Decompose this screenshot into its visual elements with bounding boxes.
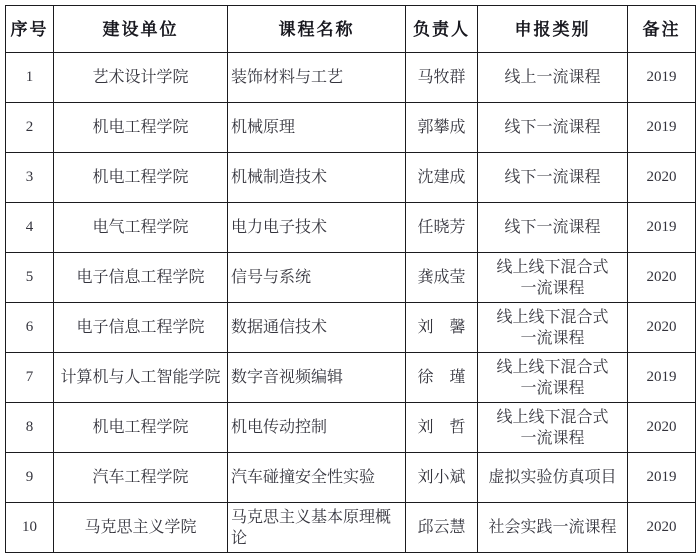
cell-serial: 5 <box>6 253 54 303</box>
cell-unit: 电气工程学院 <box>54 203 228 253</box>
header-course: 课程名称 <box>228 6 406 53</box>
cell-leader: 刘小斌 <box>406 453 478 503</box>
cell-leader: 龚成莹 <box>406 253 478 303</box>
table-row: 8 机电工程学院 机电传动控制 刘 哲 线上线下混合式 一流课程 2020 <box>6 403 696 453</box>
cell-remark: 2020 <box>628 153 696 203</box>
cell-remark: 2019 <box>628 203 696 253</box>
cell-remark: 2020 <box>628 303 696 353</box>
cell-serial: 6 <box>6 303 54 353</box>
cell-category: 线上线下混合式 一流课程 <box>478 403 628 453</box>
cell-serial: 3 <box>6 153 54 203</box>
table-body: 1 艺术设计学院 装饰材料与工艺 马牧群 线上一流课程 2019 2 机电工程学… <box>6 53 696 553</box>
header-remark: 备注 <box>628 6 696 53</box>
document-page: 序号 建设单位 课程名称 负责人 申报类别 备注 1 艺术设计学院 装饰材料与工… <box>0 0 700 558</box>
cell-unit: 机电工程学院 <box>54 103 228 153</box>
cell-leader: 沈建成 <box>406 153 478 203</box>
cell-unit: 艺术设计学院 <box>54 53 228 103</box>
cell-remark: 2019 <box>628 53 696 103</box>
cell-remark: 2019 <box>628 453 696 503</box>
cell-serial: 4 <box>6 203 54 253</box>
header-leader: 负责人 <box>406 6 478 53</box>
table-row: 6 电子信息工程学院 数据通信技术 刘 馨 线上线下混合式 一流课程 2020 <box>6 303 696 353</box>
cell-serial: 9 <box>6 453 54 503</box>
cell-serial: 7 <box>6 353 54 403</box>
cell-category: 线上线下混合式 一流课程 <box>478 353 628 403</box>
cell-category: 线下一流课程 <box>478 103 628 153</box>
cell-remark: 2020 <box>628 503 696 553</box>
cell-course: 数据通信技术 <box>228 303 406 353</box>
header-serial: 序号 <box>6 6 54 53</box>
cell-course: 电力电子技术 <box>228 203 406 253</box>
cell-unit: 计算机与人工智能学院 <box>54 353 228 403</box>
table-row: 5 电子信息工程学院 信号与系统 龚成莹 线上线下混合式 一流课程 2020 <box>6 253 696 303</box>
table-row: 10 马克思主义学院 马克思主义基本原理概论 邱云慧 社会实践一流课程 2020 <box>6 503 696 553</box>
table-row: 7 计算机与人工智能学院 数字音视频编辑 徐 瑾 线上线下混合式 一流课程 20… <box>6 353 696 403</box>
cell-leader: 邱云慧 <box>406 503 478 553</box>
cell-category: 社会实践一流课程 <box>478 503 628 553</box>
cell-course: 汽车碰撞安全性实验 <box>228 453 406 503</box>
cell-unit: 机电工程学院 <box>54 153 228 203</box>
cell-course: 机械制造技术 <box>228 153 406 203</box>
cell-serial: 8 <box>6 403 54 453</box>
cell-serial: 10 <box>6 503 54 553</box>
course-list-table: 序号 建设单位 课程名称 负责人 申报类别 备注 1 艺术设计学院 装饰材料与工… <box>5 5 696 553</box>
table-row: 1 艺术设计学院 装饰材料与工艺 马牧群 线上一流课程 2019 <box>6 53 696 103</box>
header-category: 申报类别 <box>478 6 628 53</box>
cell-course: 机电传动控制 <box>228 403 406 453</box>
table-row: 3 机电工程学院 机械制造技术 沈建成 线下一流课程 2020 <box>6 153 696 203</box>
cell-category: 线上线下混合式 一流课程 <box>478 253 628 303</box>
cell-leader: 刘 馨 <box>406 303 478 353</box>
cell-remark: 2019 <box>628 103 696 153</box>
cell-unit: 电子信息工程学院 <box>54 303 228 353</box>
header-row: 序号 建设单位 课程名称 负责人 申报类别 备注 <box>6 6 696 53</box>
cell-category: 线上线下混合式 一流课程 <box>478 303 628 353</box>
cell-serial: 1 <box>6 53 54 103</box>
cell-unit: 汽车工程学院 <box>54 453 228 503</box>
cell-unit: 机电工程学院 <box>54 403 228 453</box>
table-header: 序号 建设单位 课程名称 负责人 申报类别 备注 <box>6 6 696 53</box>
cell-unit: 电子信息工程学院 <box>54 253 228 303</box>
cell-category: 线下一流课程 <box>478 203 628 253</box>
table-row: 2 机电工程学院 机械原理 郭攀成 线下一流课程 2019 <box>6 103 696 153</box>
cell-leader: 郭攀成 <box>406 103 478 153</box>
cell-leader: 刘 哲 <box>406 403 478 453</box>
cell-unit: 马克思主义学院 <box>54 503 228 553</box>
cell-course: 机械原理 <box>228 103 406 153</box>
header-unit: 建设单位 <box>54 6 228 53</box>
cell-remark: 2019 <box>628 353 696 403</box>
cell-remark: 2020 <box>628 253 696 303</box>
cell-course: 装饰材料与工艺 <box>228 53 406 103</box>
cell-course: 信号与系统 <box>228 253 406 303</box>
cell-category: 虚拟实验仿真项目 <box>478 453 628 503</box>
cell-leader: 徐 瑾 <box>406 353 478 403</box>
cell-remark: 2020 <box>628 403 696 453</box>
cell-leader: 马牧群 <box>406 53 478 103</box>
cell-category: 线上一流课程 <box>478 53 628 103</box>
table-row: 9 汽车工程学院 汽车碰撞安全性实验 刘小斌 虚拟实验仿真项目 2019 <box>6 453 696 503</box>
cell-course: 数字音视频编辑 <box>228 353 406 403</box>
cell-leader: 任晓芳 <box>406 203 478 253</box>
table-row: 4 电气工程学院 电力电子技术 任晓芳 线下一流课程 2019 <box>6 203 696 253</box>
cell-course: 马克思主义基本原理概论 <box>228 503 406 553</box>
cell-category: 线下一流课程 <box>478 153 628 203</box>
cell-serial: 2 <box>6 103 54 153</box>
